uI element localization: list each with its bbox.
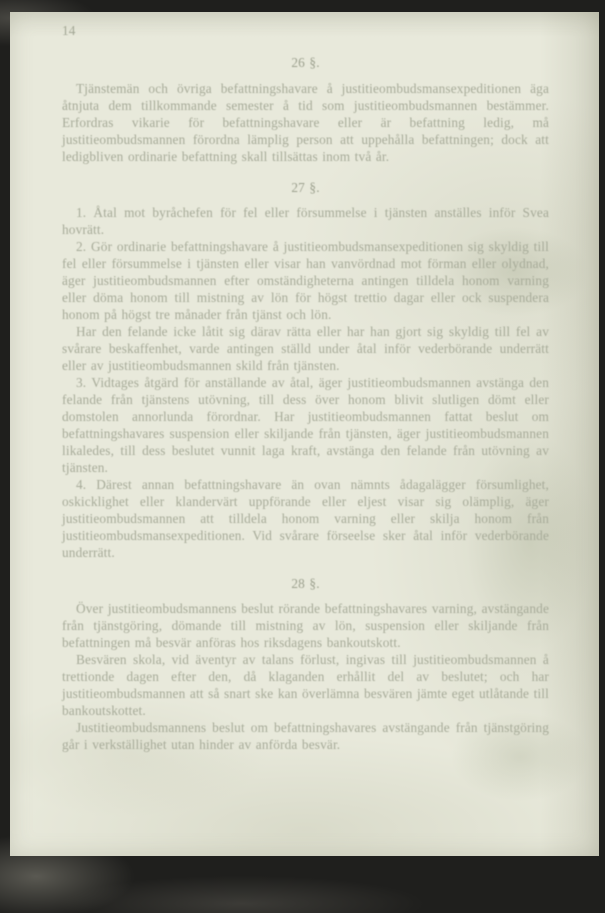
section-heading-26: 26 §. xyxy=(62,54,549,71)
paragraph: 3. Vidtages åtgärd för anställande av åt… xyxy=(62,374,549,476)
section-heading-27: 27 §. xyxy=(62,179,549,196)
page-content: 14 26 §. Tjänstemän och övriga befattnin… xyxy=(62,12,549,753)
paragraph: Tjänstemän och övriga befattningshavare … xyxy=(62,80,549,165)
paragraph: 4. Därest annan befattningshavare än ova… xyxy=(62,476,549,561)
section-heading-28: 28 §. xyxy=(62,575,549,592)
paragraph: 1. Åtal mot byråchefen för fel eller för… xyxy=(62,204,549,238)
paragraph: 2. Gör ordinarie befattningshavare å jus… xyxy=(62,238,549,323)
scanned-page-frame: 14 26 §. Tjänstemän och övriga befattnin… xyxy=(0,0,605,913)
paragraph: Har den felande icke låtit sig därav rät… xyxy=(62,323,549,374)
paragraph: Besvären skola, vid äventyr av talans fö… xyxy=(62,651,549,719)
paragraph: Över justitieombudsmannens beslut rörand… xyxy=(62,600,549,651)
paper-sheet: 14 26 §. Tjänstemän och övriga befattnin… xyxy=(10,12,599,856)
paragraph: Justitieombudsmannens beslut om befattni… xyxy=(62,719,549,753)
page-number: 14 xyxy=(62,22,549,39)
